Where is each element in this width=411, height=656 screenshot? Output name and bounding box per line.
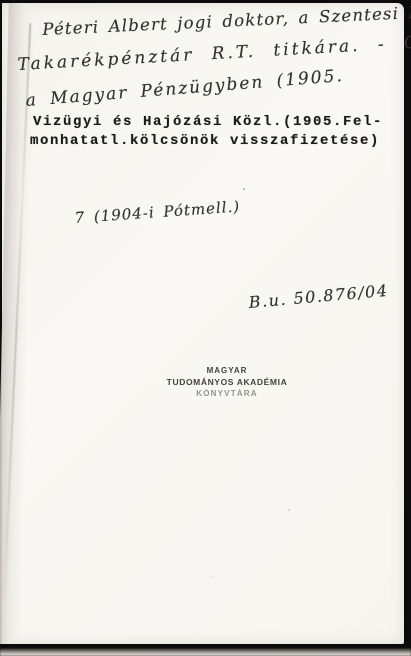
- shelfmark: B.u. 50.876/04: [248, 281, 389, 312]
- library-stamp: MAGYAR TUDOMÁNYOS AKADÉMIA KÖNYVTÁRA: [147, 365, 307, 399]
- scan-edge-bottom: [0, 648, 411, 656]
- typed-title-line-1: Vizügyi és Hajózási Közl.(1905.Fel-: [33, 113, 383, 132]
- scan-frame: Péteri Albert jogi doktor, a Szentesi Kö…: [0, 0, 411, 656]
- stamp-line-2: TUDOMÁNYOS AKADÉMIA: [147, 376, 307, 388]
- paper-speck: [288, 509, 290, 511]
- typed-title: Vizügyi és Hajózási Közl.(1905.Fel- monh…: [33, 113, 383, 151]
- paper-speck: [212, 576, 214, 577]
- typed-title-line-2: monhatatl.kölcsönök visszafizetése): [30, 132, 383, 151]
- paper-speck: [243, 188, 245, 190]
- annotation-note: 7 (1904-i Pótmell.): [74, 197, 241, 227]
- handwritten-line-1: Péteri Albert jogi doktor, a Szentesi Kö…: [42, 0, 411, 39]
- handwritten-line-3: a Magyar Pénzügyben (1905.: [25, 66, 344, 111]
- stamp-line-3: KÖNYVTÁRA: [147, 388, 307, 399]
- catalog-card: Péteri Albert jogi doktor, a Szentesi Kö…: [2, 3, 404, 644]
- stamp-line-1: MAGYAR: [147, 365, 307, 376]
